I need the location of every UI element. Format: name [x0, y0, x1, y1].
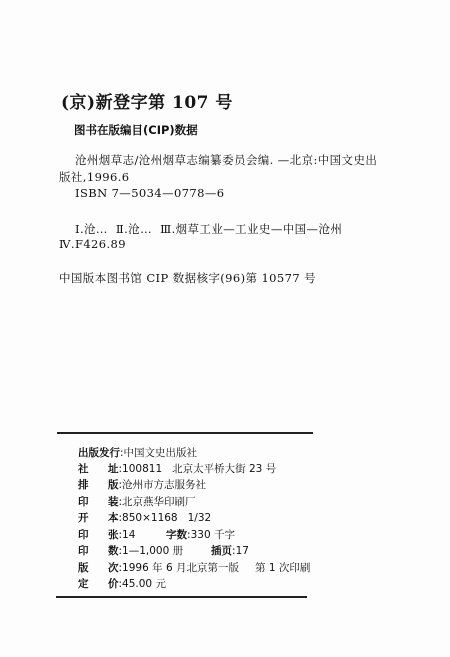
cip-isbn: ISBN 7—5034—0778—6 [75, 186, 224, 200]
imprint-value: 330 千字 [191, 529, 235, 541]
cip-subjects: Ⅰ.沧… Ⅱ.沧… Ⅲ.烟草工业—工业史—中国—沧州 [75, 221, 342, 237]
imprint-row-format: 开本:850×1168 1/32 [78, 510, 211, 525]
imprint-row-address: 社址:100811 北京太平桥大街 23 号 [78, 461, 276, 476]
imprint-row-price: 定价:45.00 元 [78, 576, 166, 591]
imprint-row-edition: 版次:1996 年 6 月北京第一版第 1 次印刷 [78, 560, 310, 575]
imprint-value: 14 [122, 529, 166, 541]
imprint-label: 装 [108, 496, 119, 508]
imprint-label: 印 [78, 527, 108, 542]
imprint-row-print-run: 印数:1—1,000 册插页:17 [78, 543, 249, 558]
cip-title-line: 沧州烟草志/沧州烟草志编纂委员会编. —北京:中国文史出 [75, 152, 377, 168]
imprint-row-printer: 印装:北京燕华印刷厂 [78, 494, 196, 509]
imprint-label: 址 [108, 463, 119, 475]
imprint-value: 45.00 元 [122, 578, 166, 590]
imprint-row-publisher: 出版发行:中国文史出版社 [78, 445, 197, 460]
imprint-label: 数 [108, 545, 119, 557]
imprint-value: 沧州市方志服务社 [122, 479, 206, 491]
imprint-label: 出版发行 [78, 447, 120, 459]
imprint-value: 北京燕华印刷厂 [122, 496, 196, 508]
imprint-label: 字数 [166, 529, 187, 541]
imprint-label: 本 [108, 512, 119, 524]
imprint-value: 850×1168 1/32 [122, 512, 211, 524]
cip-record-number: 中国版本图书馆 CIP 数据核字(96)第 10577 号 [59, 270, 316, 286]
registration-number: (京)新登字第 107 号 [61, 88, 233, 113]
cip-classification: Ⅳ.F426.89 [59, 237, 126, 251]
cip-heading: 图书在版编目(CIP)数据 [74, 122, 198, 138]
imprint-label: 印 [78, 494, 108, 509]
imprint-label: 社 [78, 461, 108, 476]
imprint-label: 开 [78, 510, 108, 525]
imprint-value: 第 1 次印刷 [255, 562, 310, 574]
imprint-label: 排 [78, 477, 108, 492]
imprint-value: 17 [236, 545, 249, 557]
imprint-top-rule [57, 432, 313, 434]
imprint-row-sheets: 印张:14字数:330 千字 [78, 527, 235, 542]
imprint-value: 中国文史出版社 [124, 447, 198, 459]
imprint-value: 1996 年 6 月北京第一版 [122, 560, 255, 575]
imprint-bottom-rule [56, 596, 307, 598]
imprint-label: 版 [108, 479, 119, 491]
imprint-label: 张 [108, 529, 119, 541]
imprint-label: 价 [108, 578, 119, 590]
imprint-label: 印 [78, 543, 108, 558]
imprint-value: 100811 北京太平桥大街 23 号 [122, 463, 276, 475]
imprint-label: 插页 [211, 545, 232, 557]
imprint-label: 次 [108, 562, 119, 574]
imprint-label: 版 [78, 560, 108, 575]
cip-publisher-line: 版社,1996.6 [59, 169, 130, 185]
imprint-value: 1—1,000 册 [122, 543, 211, 558]
imprint-label: 定 [78, 576, 108, 591]
imprint-row-typesetting: 排版:沧州市方志服务社 [78, 477, 206, 492]
